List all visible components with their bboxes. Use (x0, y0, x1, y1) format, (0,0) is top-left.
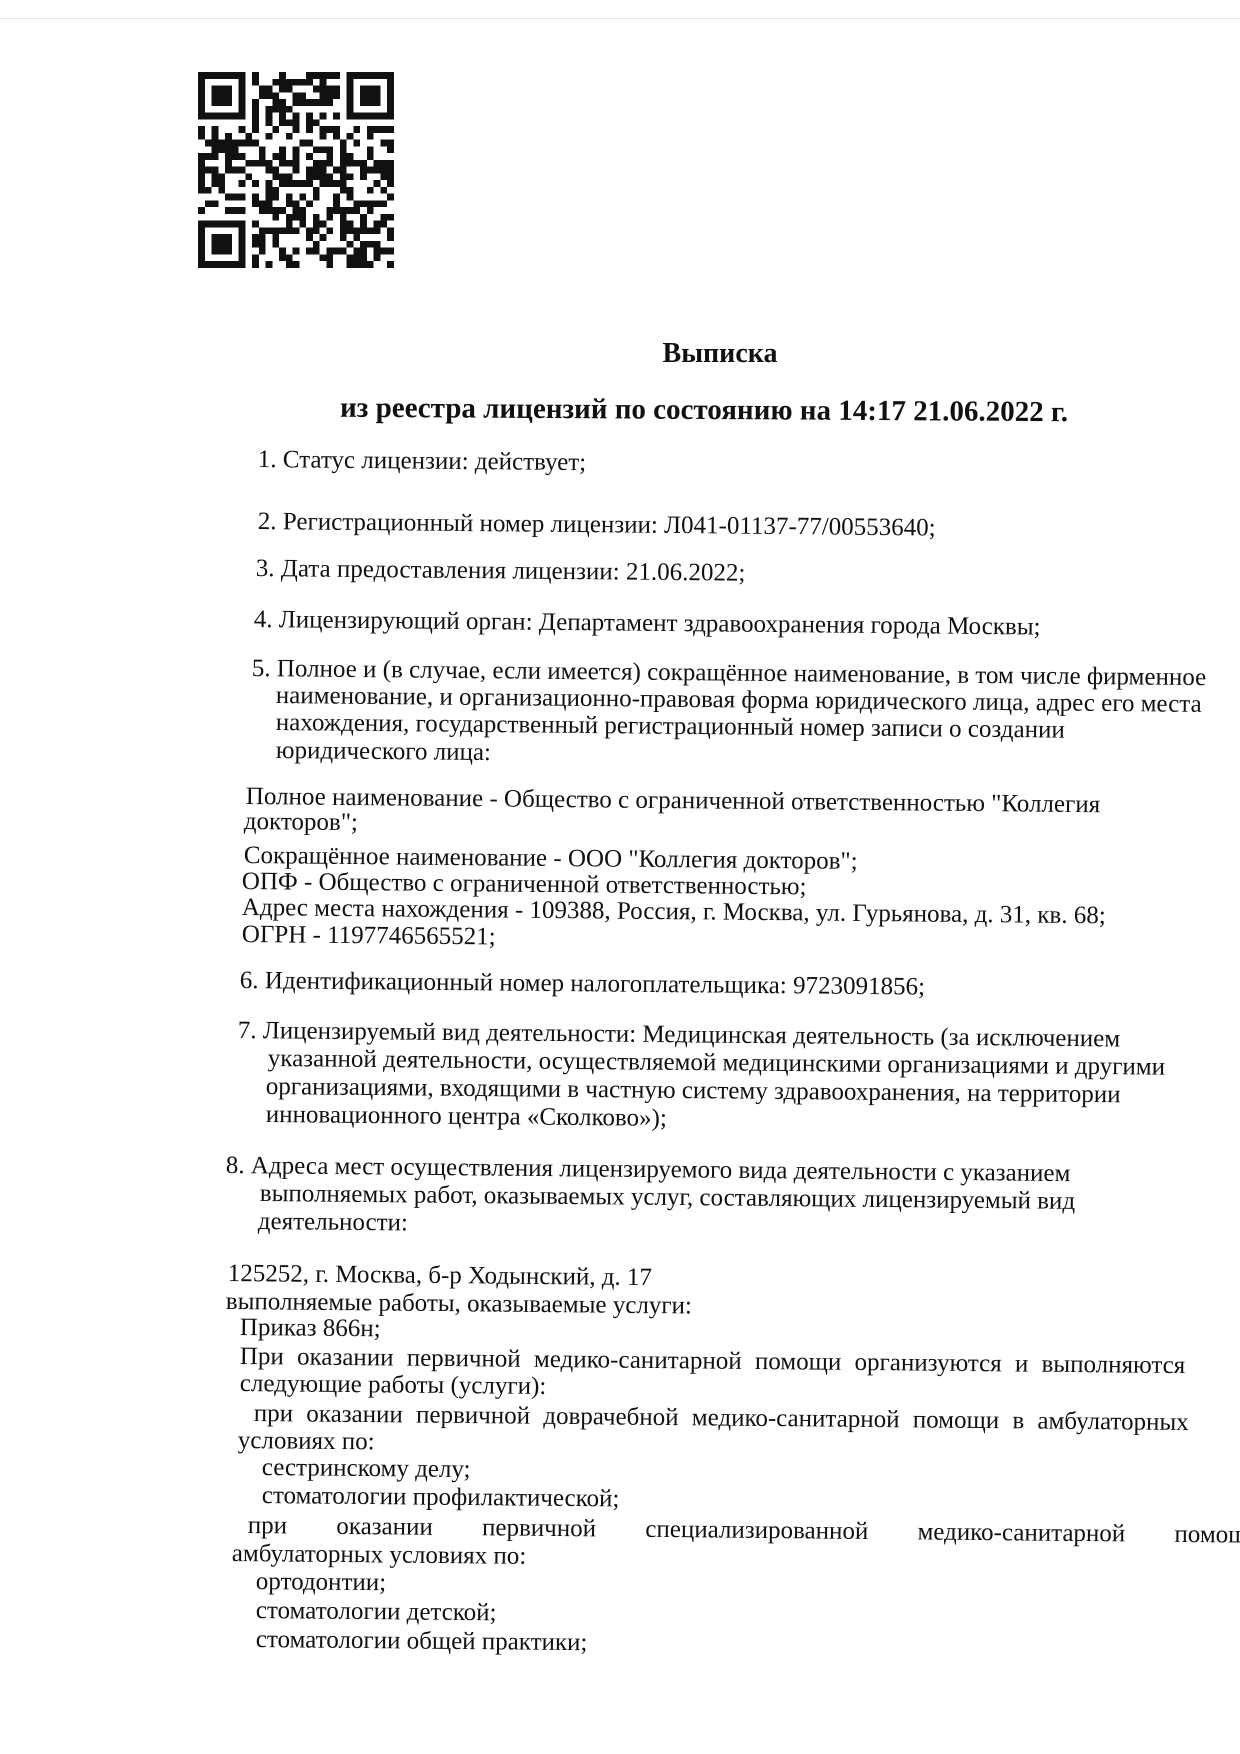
activity-address: 125252, г. Москва, б-р Ходынский, д. 17 (228, 1260, 652, 1292)
document-subtitle: из реестра лицензий по состоянию на 14:1… (340, 392, 1080, 430)
item5-line: юридического лица: (276, 737, 491, 767)
item-issue-date: 3. Дата предоставления лицензии: 21.06.2… (256, 555, 746, 588)
specialized-line: амбулаторных условиях по: (232, 1540, 527, 1571)
document-title: Выписка (0, 338, 1240, 370)
org-full-name: Полное наименование - Общество с огранич… (246, 783, 1101, 819)
org-full-name-cont: докторов"; (244, 808, 358, 837)
org-ogrn: ОГРН - 1197746565521; (242, 921, 496, 951)
prehospital-line: условиях по: (238, 1427, 375, 1456)
item7-line: инновационного центра «Сколково»); (266, 1101, 667, 1133)
scan-edge (0, 18, 1240, 19)
item-licensing-authority: 4. Лицензирующий орган: Департамент здра… (254, 606, 1041, 642)
specialized-item: стоматологии детской; (256, 1597, 497, 1627)
item-registration-number: 2. Регистрационный номер лицензии: Л041-… (258, 508, 936, 543)
specialized-item: ортодонтии; (256, 1568, 387, 1597)
prehospital-item: стоматологии профилактической; (262, 1482, 620, 1513)
qr-code-icon (198, 72, 394, 268)
prehospital-line: при оказании первичной доврачебной медик… (254, 1400, 1189, 1437)
prehospital-item: сестринскому делу; (262, 1454, 471, 1484)
specialized-item: стоматологии общей практики; (256, 1626, 588, 1657)
primary-intro-line: следующие работы (услуги): (240, 1370, 547, 1401)
item-license-status: 1. Статус лицензии: действует; (258, 446, 587, 477)
item8-line: деятельности: (258, 1208, 408, 1237)
order-reference: Приказ 866н; (240, 1314, 381, 1343)
item-inn: 6. Идентификационный номер налогоплатель… (240, 967, 925, 1002)
